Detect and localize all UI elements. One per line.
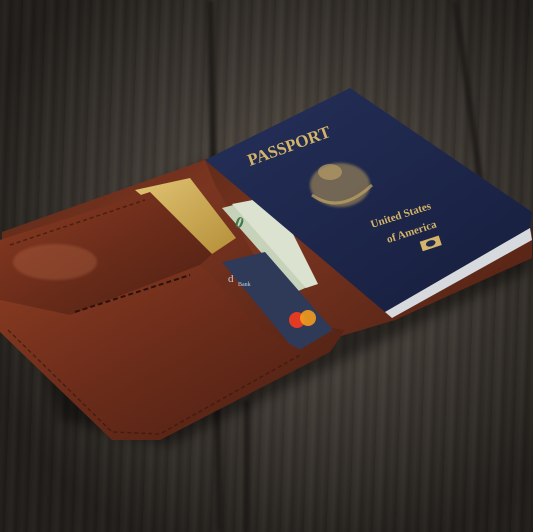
bank-card-text-2: Bank — [238, 282, 251, 288]
wallet-illustration: 0 d Bank PASSPORT United States of Ameri… — [0, 0, 533, 532]
leather-highlight — [13, 244, 97, 280]
mastercard-logo-orange — [300, 310, 316, 326]
photo-scene: 0 d Bank PASSPORT United States of Ameri… — [0, 0, 533, 532]
bank-card-text: d — [228, 273, 234, 285]
